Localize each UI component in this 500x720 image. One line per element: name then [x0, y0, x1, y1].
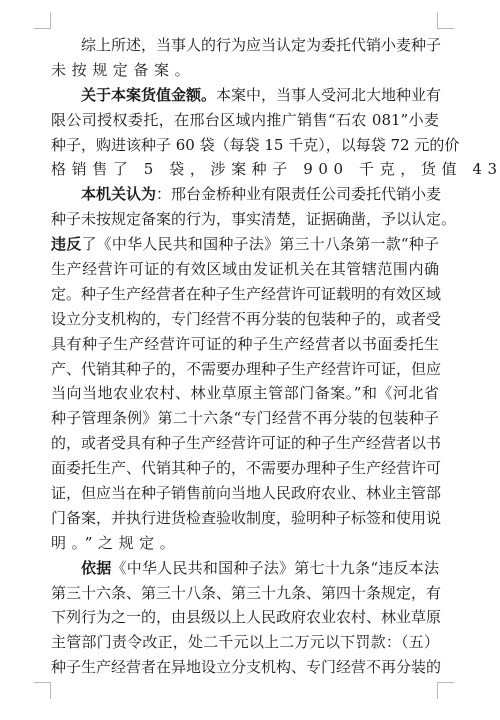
- body-text: 生产经营许可证的有效区域由发证机关在其管辖范围内确: [51, 260, 439, 278]
- body-text: 主管部门责令改正，处二千元以上二万元以下罚款：（五）: [51, 633, 439, 651]
- body-text: 种子，购进该种子 60 袋（每袋 15 千克），以每袋 72 元的价: [51, 136, 459, 154]
- body-text: 定。种子生产经营者在种子生产经营许可证载明的有效区域: [51, 285, 441, 303]
- page-corner-mark-top-left: [34, 12, 51, 29]
- text-line: 主管部门责令改正，处二千元以上二万元以下罚款：（五）: [51, 630, 439, 655]
- body-text: 设立分支机构的，专门经营不再分装的包装种子的，或者受: [51, 310, 441, 328]
- body-text: 第三十六条、第三十八条、第三十九条、第四十条规定，有: [51, 584, 441, 602]
- body-text: 限公司授权委托，在邢台区域内推广销售“石农 081”小麦: [51, 111, 439, 129]
- body-text: 证，但应当在种子销售前向当地人民政府农业、林业主管部: [51, 484, 441, 502]
- text-line: 第三十六条、第三十八条、第三十九条、第四十条规定，有: [51, 581, 439, 606]
- text-line: 当向当地农业农村、林业草原主管部门备案。”和《河北省: [51, 381, 439, 406]
- body-text: 当向当地农业农村、林业草原主管部门备案。”和《河北省: [51, 384, 439, 402]
- text-line: 本机关认为：邢台金桥种业有限责任公司委托代销小麦: [51, 182, 439, 207]
- text-line: 未按规定备案。: [51, 58, 439, 83]
- body-text: 种子未按规定备案的行为，事实清楚，证据确凿，予以认定。: [51, 210, 456, 228]
- body-text: 具有种子生产经营许可证的种子生产经营者以书面委托生: [51, 335, 439, 353]
- text-line: 关于本案货值金额。本案中，当事人受河北大地种业有: [51, 83, 439, 108]
- text-line: 设立分支机构的，专门经营不再分装的包装种子的，或者受: [51, 307, 439, 332]
- text-line: 证，但应当在种子销售前向当地人民政府农业、林业主管部: [51, 481, 439, 506]
- text-line: 的，或者受具有种子生产经营许可证的种子生产经营者以书: [51, 431, 439, 456]
- bold-heading-text: 依据: [81, 559, 111, 577]
- text-line: 生产经营许可证的有效区域由发证机关在其管辖范围内确: [51, 257, 439, 282]
- text-line: 下列行为之一的，由县级以上人民政府农业农村、林业草原: [51, 605, 439, 630]
- text-line: 依据《中华人民共和国种子法》第七十九条“违反本法: [51, 556, 439, 581]
- body-text: 《中华人民共和国种子法》第七十九条“违反本法: [111, 559, 439, 577]
- body-text: 种子生产经营者在异地设立分支机构、专门经营不再分装的: [51, 658, 441, 676]
- body-text: 未按规定备案。: [51, 61, 195, 79]
- bold-heading-text: 本机关认为: [81, 185, 156, 203]
- body-text: 面委托生产、代销其种子的，不需要办理种子生产经营许可: [51, 459, 441, 477]
- body-text: 下列行为之一的，由县级以上人民政府农业农村、林业草原: [51, 608, 441, 626]
- text-line: 门备案，并执行进货检查验收制度，验明种子标签和使用说: [51, 506, 439, 531]
- text-line: 种子未按规定备案的行为，事实清楚，证据确凿，予以认定。: [51, 207, 439, 232]
- text-line: 定。种子生产经营者在种子生产经营许可证载明的有效区域: [51, 282, 439, 307]
- body-text: ：邢台金桥种业有限责任公司委托代销小麦: [156, 185, 441, 203]
- body-text: 明。”之规定。: [51, 534, 180, 552]
- text-line: 限公司授权委托，在邢台区域内推广销售“石农 081”小麦: [51, 108, 439, 133]
- document-page: 综上所述，当事人的行为应当认定为委托代销小麦种子未按规定备案。关于本案货值金额。…: [51, 33, 439, 680]
- body-text: 综上所述，当事人的行为应当认定为委托代销小麦种子: [81, 36, 441, 54]
- body-text: 本案中，当事人受河北大地种业有: [216, 86, 441, 104]
- page-corner-mark-bottom-left: [34, 682, 51, 699]
- body-text: 的，或者受具有种子生产经营许可证的种子生产经营者以书: [51, 434, 441, 452]
- body-text: 门备案，并执行进货检查验收制度，验明种子标签和使用说: [51, 509, 441, 527]
- page-corner-mark-bottom-right: [437, 682, 454, 699]
- body-text: 了《中华人民共和国种子法》第三十八条第一款“种子: [81, 235, 439, 253]
- body-text: 产、代销其种子的，不需要办理种子生产经营许可证，但应: [51, 360, 441, 378]
- text-line: 面委托生产、代销其种子的，不需要办理种子生产经营许可: [51, 456, 439, 481]
- text-line: 格销售了 5 袋，涉案种子 900 千克，货值 4320 元。: [51, 157, 439, 182]
- text-line: 具有种子生产经营许可证的种子生产经营者以书面委托生: [51, 332, 439, 357]
- body-text: 格销售了 5 袋，涉案种子 900 千克，货值 4320 元。: [51, 160, 500, 178]
- bold-heading-text: 关于本案货值金额。: [81, 86, 216, 104]
- body-text: 种子管理条例》第二十六条“专门经营不再分装的包装种子: [51, 409, 439, 427]
- bold-heading-text: 违反: [51, 235, 81, 253]
- text-line: 明。”之规定。: [51, 531, 439, 556]
- text-line: 综上所述，当事人的行为应当认定为委托代销小麦种子: [51, 33, 439, 58]
- text-line: 种子管理条例》第二十六条“专门经营不再分装的包装种子: [51, 406, 439, 431]
- page-corner-mark-top-right: [437, 12, 454, 29]
- text-line: 产、代销其种子的，不需要办理种子生产经营许可证，但应: [51, 357, 439, 382]
- text-line: 违反了《中华人民共和国种子法》第三十八条第一款“种子: [51, 232, 439, 257]
- text-line: 种子生产经营者在异地设立分支机构、专门经营不再分装的: [51, 655, 439, 680]
- text-line: 种子，购进该种子 60 袋（每袋 15 千克），以每袋 72 元的价: [51, 133, 439, 158]
